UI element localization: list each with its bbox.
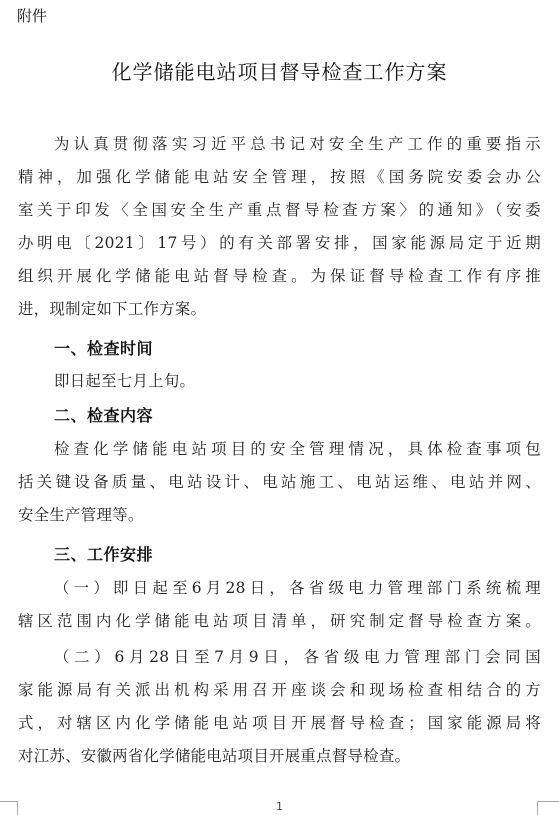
- paragraph-line: （一）即日起至6月28日，各省级电力管理部门系统梳理: [18, 576, 541, 598]
- paragraph-line: （二）6月28日至7月9日，各省级电力管理部门会同国: [18, 645, 541, 667]
- paragraph-line: 即日起至七月上旬。: [18, 369, 541, 391]
- section-heading: 二、检查内容: [54, 403, 153, 426]
- paragraph-line: 检查化学储能电站项目的安全管理情况，具体检查事项包: [18, 437, 541, 459]
- paragraph-line: 室关于印发〈全国安全生产重点督导检查方案〉的通知》（安委: [18, 198, 541, 220]
- paragraph-line: 为认真贯彻落实习近平总书记对安全生产工作的重要指示: [18, 132, 541, 154]
- page-number: 1: [0, 800, 559, 813]
- section-heading: 三、工作安排: [54, 542, 153, 565]
- paragraph-line: 式，对辖区内化学储能电站项目开展督导检查；国家能源局将: [18, 711, 541, 733]
- paragraph-line: 辖区范围内化学储能电站项目清单，研究制定督导检查方案。: [18, 609, 541, 631]
- section-heading: 一、检查时间: [54, 336, 153, 359]
- paragraph-line: 安全生产管理等。: [18, 503, 541, 525]
- paragraph-line: 精神，加强化学储能电站安全管理，按照《国务院安委会办公: [18, 165, 541, 187]
- page-corner-mark-right: [537, 801, 559, 815]
- attachment-label: 附件: [17, 5, 47, 26]
- paragraph-line: 家能源局有关派出机构采用召开座谈会和现场检查相结合的方: [18, 678, 541, 700]
- document-page: 附件 化学储能电站项目督导检查工作方案 为认真贯彻落实习近平总书记对安全生产工作…: [0, 0, 559, 815]
- document-title: 化学储能电站项目督导检查工作方案: [0, 56, 559, 85]
- paragraph-line: 办明电〔2021〕17号）的有关部署安排，国家能源局定于近期: [18, 231, 541, 253]
- paragraph-line: 组织开展化学储能电站督导检查。为保证督导检查工作有序推: [18, 264, 541, 286]
- paragraph-line: 对江苏、安徽两省化学储能电站项目开展重点督导检查。: [18, 744, 541, 766]
- paragraph-line: 括关键设备质量、电站设计、电站施工、电站运维、电站并网、: [18, 470, 541, 492]
- paragraph-line: 进，现制定如下工作方案。: [18, 297, 541, 319]
